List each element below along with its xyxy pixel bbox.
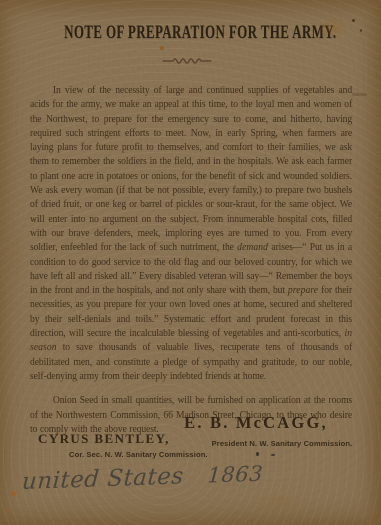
stain xyxy=(5,509,8,512)
handwritten-annotation: united States1863 xyxy=(21,461,264,495)
title-block: NOTE OF PREPARATION FOR THE ARMY. xyxy=(0,22,381,44)
stain xyxy=(160,46,164,50)
handwritten-text: united States xyxy=(21,463,184,495)
document-title: NOTE OF PREPARATION FOR THE ARMY. xyxy=(64,22,336,44)
signature-president-title: President N. W. Sanitary Commission. xyxy=(204,439,360,448)
ink-speck xyxy=(256,452,259,456)
handwritten-year: 1863 xyxy=(207,462,264,488)
stain xyxy=(248,490,306,514)
document-page: NOTE OF PREPARATION FOR THE ARMY. In vie… xyxy=(0,0,381,525)
signature-president-name: E. B. McCAGG, xyxy=(150,413,362,433)
stain xyxy=(11,491,16,496)
paragraph-text: to save thousands of valuable lives, rec… xyxy=(30,341,352,382)
emphasized-text: prepare xyxy=(288,284,318,296)
divider-block xyxy=(0,56,381,74)
emphasized-text: demand xyxy=(237,241,268,253)
signature-secretary-name: CYRUS BENTLEY, xyxy=(38,431,170,447)
stain xyxy=(352,93,367,96)
document-body: In view of the necessity of large and co… xyxy=(30,83,352,436)
body-paragraph: In view of the necessity of large and co… xyxy=(30,83,352,383)
paragraph-text: In view of the necessity of large and co… xyxy=(30,84,352,253)
stain xyxy=(2,210,28,300)
squiggle-divider-icon xyxy=(161,56,221,66)
signature-secretary-title: Cor. Sec. N. W. Sanitary Commission. xyxy=(69,450,208,459)
ink-speck xyxy=(271,454,275,456)
